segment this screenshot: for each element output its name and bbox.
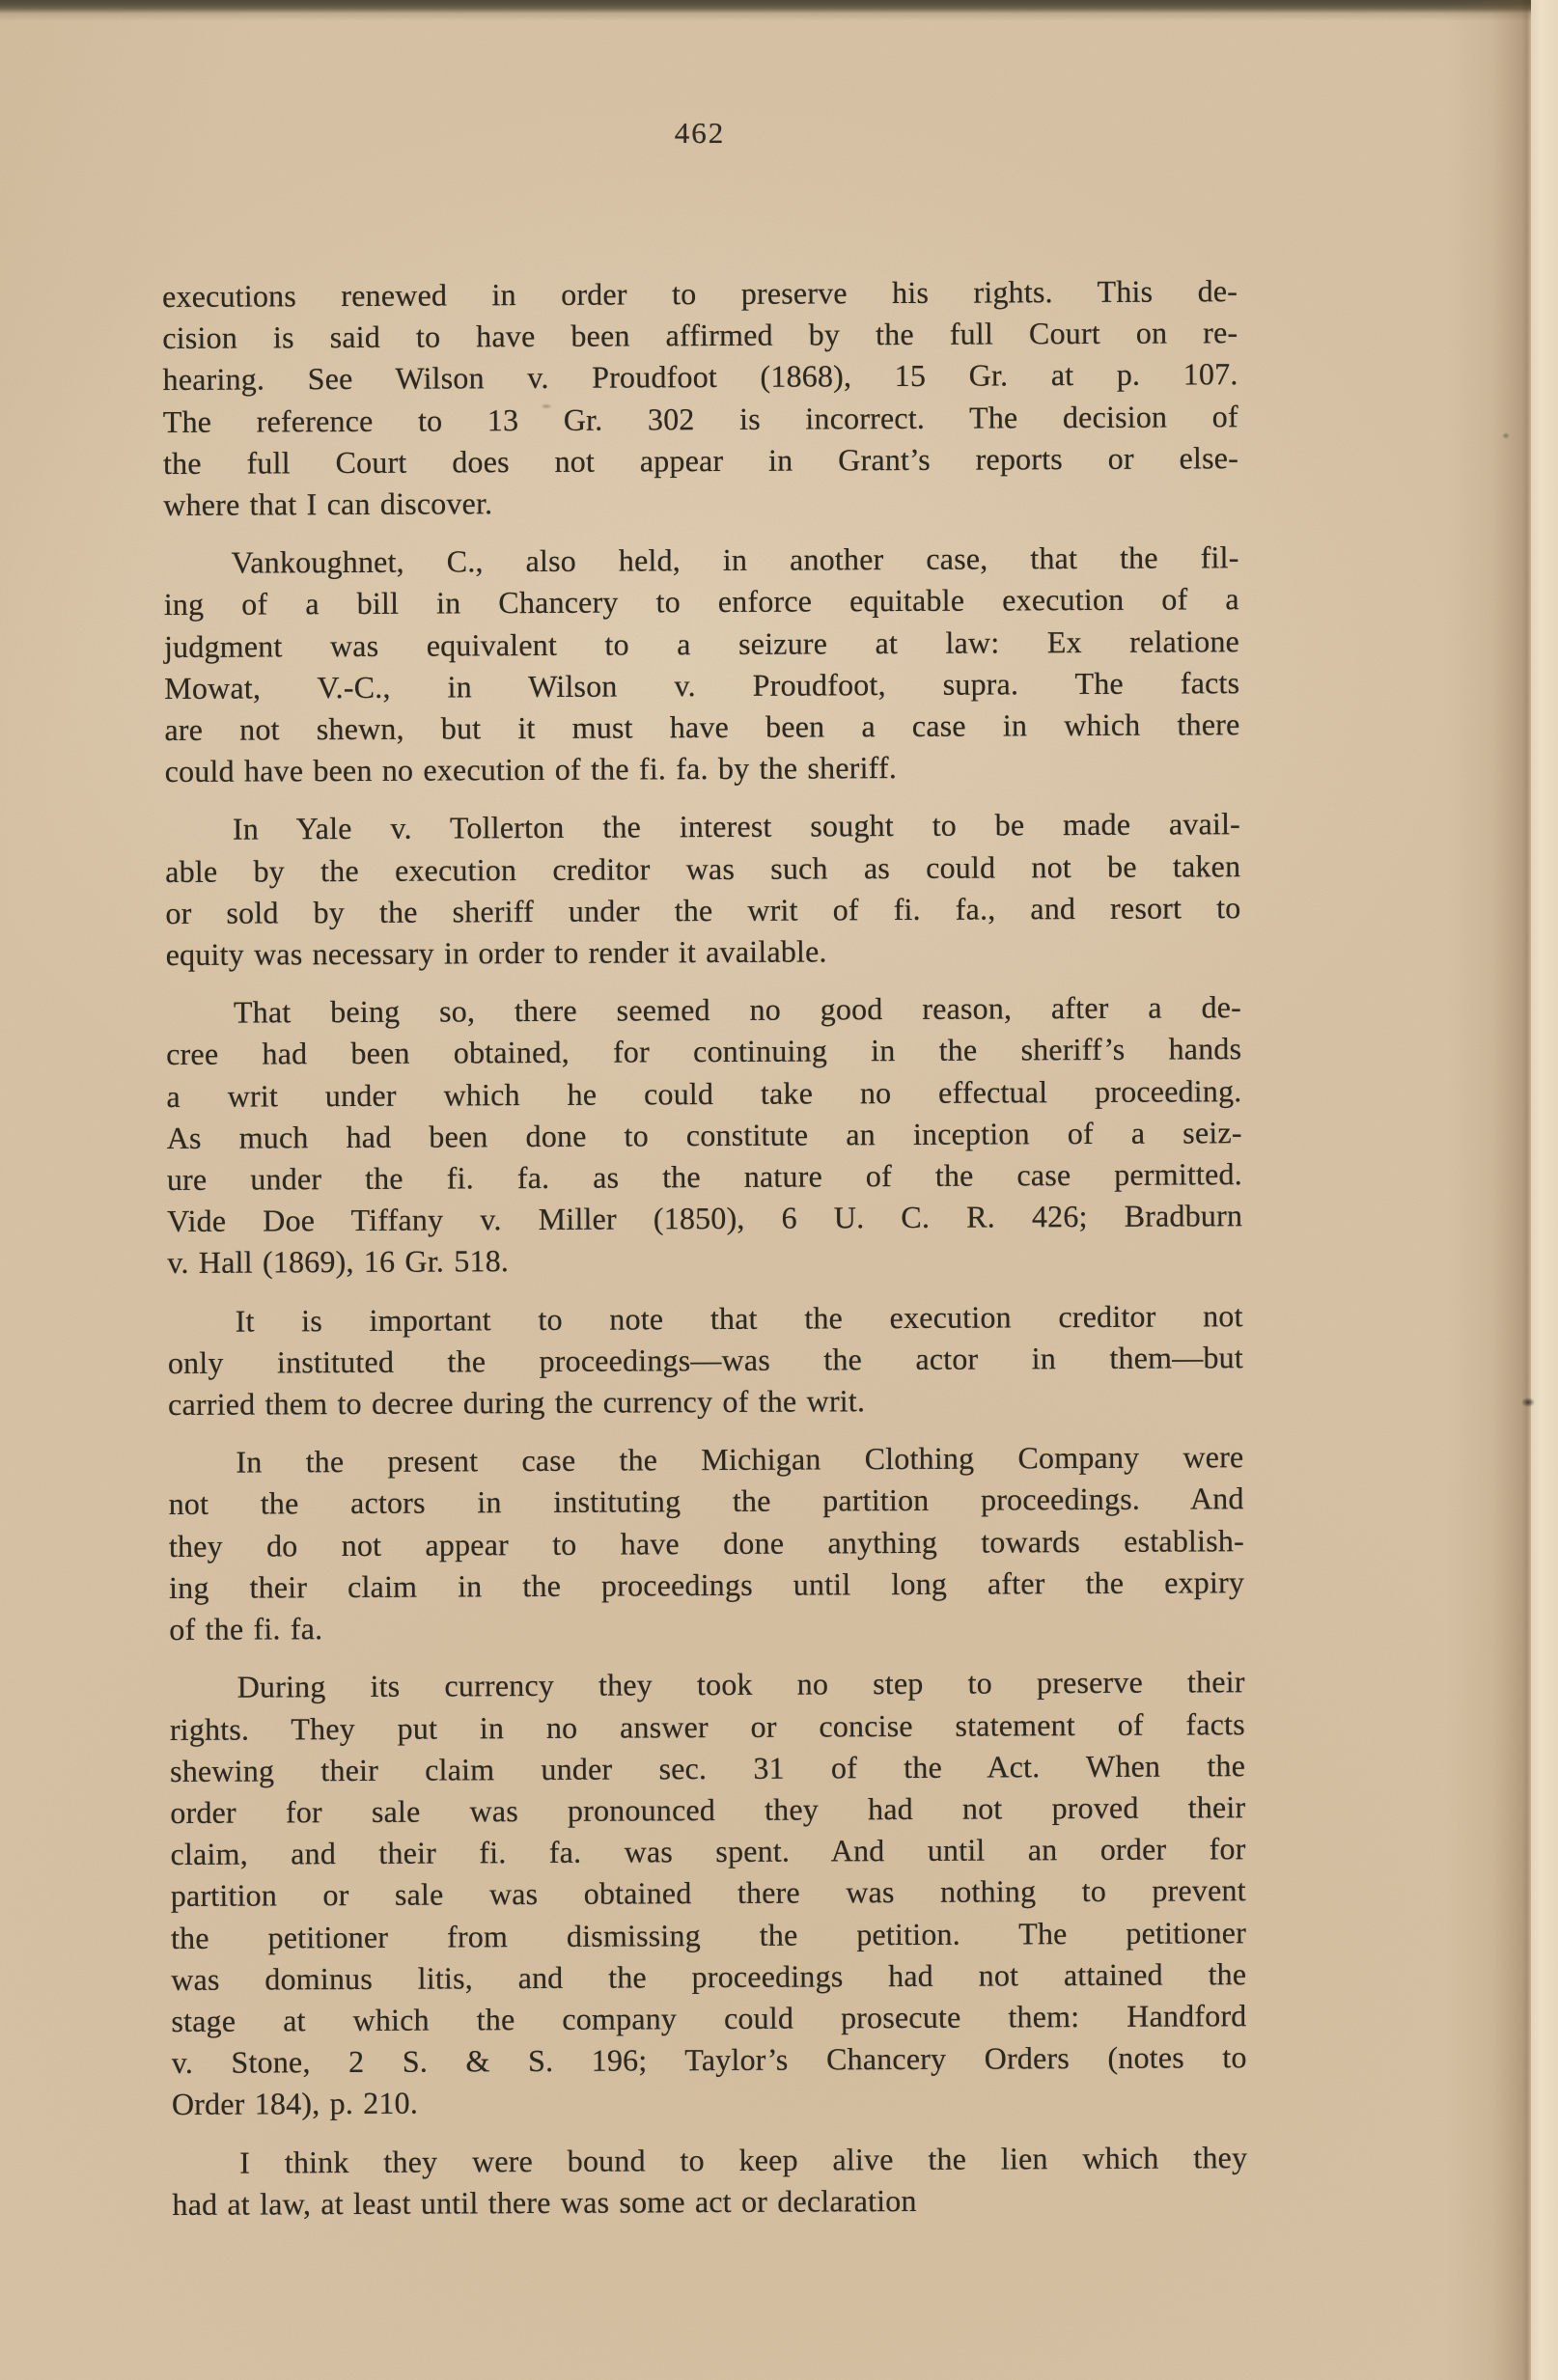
paper-speck (1502, 432, 1510, 439)
text-line: a writ under which he could take no effe… (166, 1070, 1241, 1118)
text-line: Vide Doe Tiffany v. Miller (1850), 6 U. … (167, 1195, 1242, 1242)
paragraph: During its currency they took no step to… (170, 1661, 1247, 2125)
text-line: they do not appear to have done anything… (169, 1520, 1244, 1567)
text-line: During its currency they took no step to… (170, 1661, 1245, 1708)
text-line: of the fi. fa. (169, 1603, 1244, 1650)
page-body: executions renewed in order to preserve … (162, 270, 1248, 2226)
text-line: cree had been obtained, for continuing i… (166, 1029, 1241, 1076)
text-line: not the actors in instituting the partit… (169, 1479, 1244, 1526)
paragraph: It is important to note that the executi… (168, 1295, 1244, 1425)
text-line: v. Hall (1869), 16 Gr. 518. (167, 1237, 1242, 1285)
paragraph: I think they were bound to keep alive th… (172, 2137, 1247, 2226)
text-line: carried them to decree during the curren… (168, 1378, 1243, 1425)
text-line: stage at which the company could prosecu… (171, 1995, 1246, 2042)
paragraph: executions renewed in order to preserve … (162, 270, 1238, 526)
text-line: ure under the fi. fa. as the nature of t… (167, 1153, 1242, 1201)
text-line: Vankoughnet, C., also held, in another c… (163, 537, 1238, 584)
paper-speck (1521, 1398, 1535, 1407)
text-line: could have been no execution of the fi. … (165, 745, 1240, 792)
text-line: I think they were bound to keep alive th… (172, 2137, 1247, 2184)
text-line: equity was necessary in order to render … (166, 928, 1241, 976)
text-line: cision is said to have been affirmed by … (162, 312, 1238, 359)
page-fold-shadow (1446, 0, 1531, 2380)
page-number: 462 (162, 116, 1238, 151)
text-line: partition or sale was obtained there was… (171, 1869, 1246, 1917)
text-line: That being so, there seemed no good reas… (166, 986, 1241, 1034)
text-line: Mowat, V.-C., in Wilson v. Proudfoot, su… (164, 662, 1239, 709)
text-line: The reference to 13 Gr. 302 is incorrect… (163, 396, 1238, 443)
text-line: are not shewn, but it must have been a c… (164, 704, 1239, 751)
next-page-edge (1531, 0, 1558, 2380)
paragraph: In the present case the Michigan Clothin… (168, 1436, 1244, 1650)
text-line: or sold by the sheriff under the writ of… (165, 887, 1240, 934)
text-line: claim, and their fi. fa. was spent. And … (170, 1828, 1245, 1875)
text-line: hearing. See Wilson v. Proudfoot (1868),… (162, 354, 1238, 401)
text-line: able by the execution creditor was such … (165, 845, 1240, 893)
text-line: shewing their claim under sec. 31 of the… (170, 1745, 1245, 1792)
text-line: In Yale v. Tollerton the interest sought… (165, 804, 1240, 851)
text-line: In the present case the Michigan Clothin… (168, 1436, 1243, 1483)
text-line: where that I can discover. (163, 479, 1238, 526)
scan-top-edge-shadow (0, 0, 1558, 21)
text-line: executions renewed in order to preserve … (162, 270, 1238, 318)
text-line: v. Stone, 2 S. & S. 196; Taylor’s Chance… (172, 2036, 1247, 2084)
text-line: ing their claim in the proceedings until… (169, 1562, 1244, 1609)
text-line: order for sale was pronounced they had n… (170, 1786, 1245, 1834)
book-page-scan: 462 executions renewed in order to prese… (0, 0, 1558, 2380)
paragraph: Vankoughnet, C., also held, in another c… (163, 537, 1239, 792)
text-line: As much had been done to constitute an i… (167, 1112, 1242, 1159)
text-line: Order 184), p. 210. (172, 2078, 1247, 2125)
text-line: the petitioner from dismissing the petit… (171, 1912, 1246, 1959)
text-line: rights. They put in no answer or concise… (170, 1703, 1245, 1751)
text-line: It is important to note that the executi… (168, 1295, 1243, 1342)
text-line: the full Court does not appear in Grant’… (163, 437, 1238, 484)
text-line: ing of a bill in Chancery to enforce equ… (164, 579, 1239, 626)
paragraph: In Yale v. Tollerton the interest sought… (165, 804, 1241, 977)
text-line: was dominus litis, and the proceedings h… (171, 1953, 1246, 2001)
text-line: had at law, at least until there was som… (172, 2178, 1247, 2226)
text-line: only instituted the proceedings—was the … (168, 1337, 1243, 1384)
paragraph: That being so, there seemed no good reas… (166, 986, 1243, 1284)
text-line: judgment was equivalent to a seizure at … (164, 621, 1239, 668)
